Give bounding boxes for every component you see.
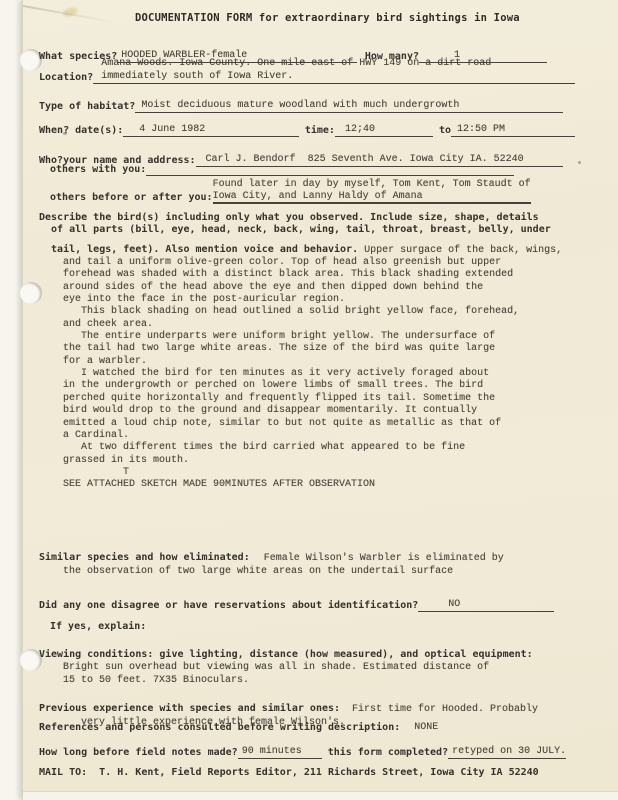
form-title: DOCUMENTATION FORM for extraordinary bir… — [135, 12, 520, 24]
field-notes-row: How long before field notes made? 90 min… — [39, 738, 566, 759]
disagree-value: NO — [418, 599, 460, 610]
location-value-line1: Amana Woods. Iowa County. One mile east … — [93, 58, 575, 71]
to-label: to — [439, 124, 451, 137]
similar-species-value-line2: the observation of two large white areas… — [39, 565, 601, 578]
location-fill-line: Amana Woods. Iowa County. One mile east … — [93, 58, 575, 84]
others-before-after-label: others before or after you: — [50, 191, 213, 204]
if-yes-row: If yes, explain: — [50, 620, 146, 633]
location-value-line2: immediately south of Iowa River. — [93, 71, 575, 84]
others-before-after-fill-line: Found later in day by myself, Tom Kent, … — [213, 179, 531, 204]
similar-species-value-line1: Female Wilson's Warbler is eliminated by — [264, 553, 504, 564]
date-fill-line: 4 June 1982 — [123, 116, 299, 137]
similar-species-label: Similar species and how eliminated: — [39, 552, 250, 563]
field-notes-label: How long before field notes made? — [39, 746, 238, 759]
scanner-edge-bottom — [23, 791, 618, 800]
previous-experience-label: Previous experience with species and sim… — [39, 703, 340, 714]
previous-experience-value-line1: First time for Hooded. Probably — [352, 704, 538, 715]
location-row: Location? Amana Woods. Iowa County. One … — [39, 58, 575, 84]
others-before-after-row: others before or after you: Found later … — [50, 179, 531, 204]
mail-to-row: MAIL TO: T. H. Kent, Field Reports Edito… — [39, 766, 539, 779]
habitat-value: Moist deciduous mature woodland with muc… — [135, 100, 459, 111]
mail-to-value: T. H. Kent, Field Reports Editor, 211 Ri… — [99, 766, 539, 779]
disagree-label: Did any one disagree or have reservation… — [39, 599, 418, 612]
describe-section: Describe the bird(s) including only what… — [39, 212, 601, 492]
time-to-value: 12:50 PM — [451, 124, 505, 135]
paper-speck — [578, 161, 581, 164]
similar-species-section: Similar species and how eliminated:Femal… — [39, 545, 601, 578]
similar-species-line1: Similar species and how eliminated:Femal… — [39, 545, 601, 565]
others-with-fill-line — [146, 162, 514, 176]
when-label: When? date(s): — [39, 124, 123, 137]
location-label: Location? — [39, 71, 93, 84]
others-with-label: others with you: — [50, 163, 146, 176]
others-before-after-value-line2: Iowa City, and Lanny Haldy of Amana — [213, 191, 531, 203]
viewing-conditions-values: Bright sun overhead but viewing was all … — [39, 661, 601, 687]
date-value: 4 June 1982 — [123, 124, 205, 135]
disagree-fill-line: NO — [418, 591, 554, 612]
others-with-row: others with you: — [50, 162, 514, 176]
field-notes-fill-line: 90 minutes — [238, 738, 322, 759]
scanned-document: DOCUMENTATION FORM for extraordinary bir… — [0, 0, 618, 800]
form-completed-value: retyped on 30 JULY. — [448, 746, 566, 757]
time-to-fill-line: 12:50 PM — [451, 116, 575, 137]
form-page: DOCUMENTATION FORM for extraordinary bir… — [22, 0, 618, 800]
describe-prompt-lines: Describe the bird(s) including only what… — [39, 212, 601, 237]
viewing-conditions-label: Viewing conditions: give lighting, dista… — [39, 648, 601, 661]
field-notes-value: 90 minutes — [238, 746, 302, 757]
if-yes-label: If yes, explain: — [50, 620, 146, 633]
form-completed-label: this form completed? — [328, 746, 448, 759]
describe-prompt-line3-label: tail, legs, feet). Also mention voice an… — [39, 244, 358, 255]
time-from-value: 12;40 — [335, 124, 375, 135]
viewing-conditions-section: Viewing conditions: give lighting, dista… — [39, 648, 601, 687]
mail-to-label: MAIL TO: — [39, 766, 87, 779]
describe-typed-line3: Upper surgace of the back, wings, — [358, 245, 562, 256]
habitat-fill-line: Moist deciduous mature woodland with muc… — [135, 92, 563, 113]
previous-experience-line1: Previous experience with species and sim… — [39, 696, 601, 716]
references-value: NONE — [414, 721, 438, 734]
time-label: time: — [305, 124, 335, 137]
when-row: When? date(s): 4 June 1982 time: 12;40 t… — [39, 116, 575, 137]
references-row: References and persons consulted before … — [39, 721, 438, 734]
others-before-after-value-line1: Found later in day by myself, Tom Kent, … — [213, 179, 531, 191]
form-completed-fill-line: retyped on 30 JULY. — [448, 738, 566, 759]
habitat-label: Type of habitat? — [39, 100, 135, 113]
references-label: References and persons consulted before … — [39, 721, 400, 734]
describe-observation-lines: and tail a uniform olive-green color. To… — [39, 257, 601, 492]
habitat-row: Type of habitat? Moist deciduous mature … — [39, 92, 563, 113]
disagree-row: Did any one disagree or have reservation… — [39, 591, 554, 612]
describe-prompt-line3: tail, legs, feet). Also mention voice an… — [39, 237, 601, 257]
time-from-fill-line: 12;40 — [335, 116, 433, 137]
